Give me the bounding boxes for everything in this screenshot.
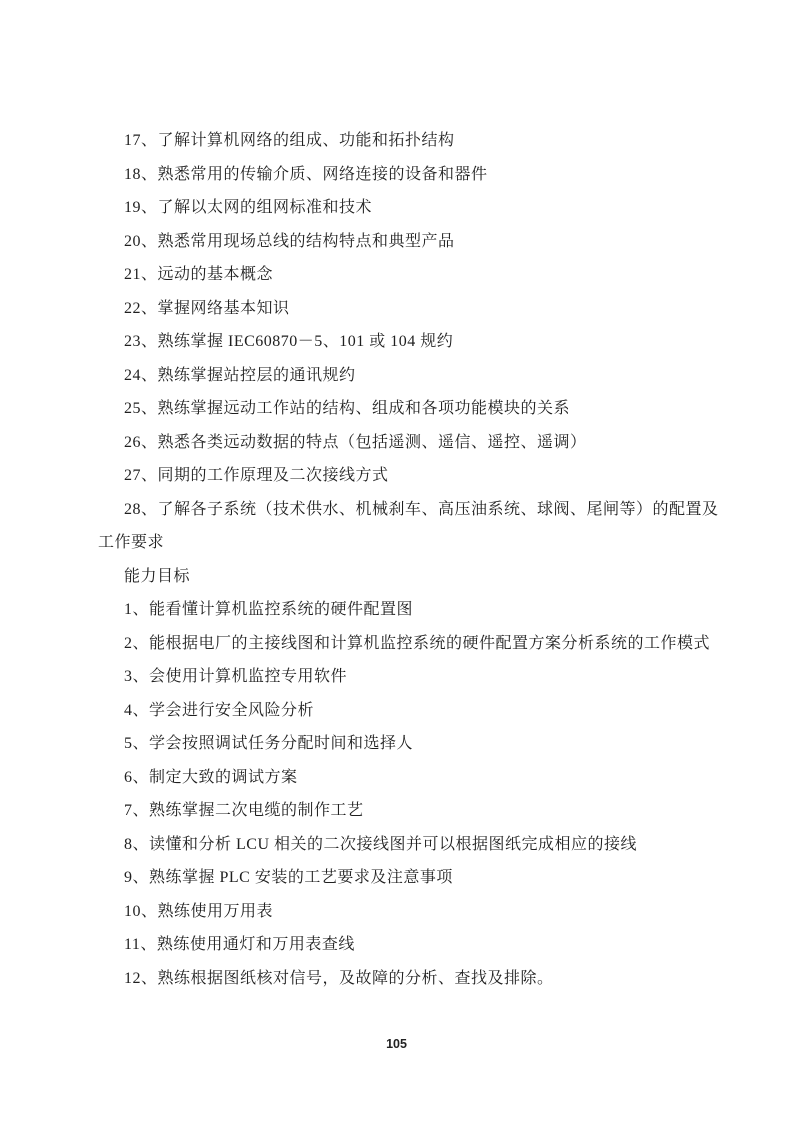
text-line: 1、能看懂计算机监控系统的硬件配置图 [98,593,706,627]
text-line: 27、同期的工作原理及二次接线方式 [98,459,706,493]
text-line: 8、读懂和分析 LCU 相关的二次接线图并可以根据图纸完成相应的接线 [98,828,706,862]
text-line: 7、熟练掌握二次电缆的制作工艺 [98,794,706,828]
text-line: 10、熟练使用万用表 [98,895,706,929]
text-line: 4、学会进行安全风险分析 [98,694,706,728]
text-line: 21、远动的基本概念 [98,258,706,292]
text-line: 11、熟练使用通灯和万用表查线 [98,928,706,962]
text-line: 23、熟练掌握 IEC60870－5、101 或 104 规约 [98,325,706,359]
text-line: 12、熟练根据图纸核对信号，及故障的分析、查找及排除。 [98,962,706,996]
text-line: 22、掌握网络基本知识 [98,292,706,326]
text-line: 26、熟悉各类远动数据的特点（包括遥测、遥信、遥控、遥调） [98,426,706,460]
text-line: 工作要求 [98,526,706,560]
text-line: 能力目标 [98,560,706,594]
text-line: 20、熟悉常用现场总线的结构特点和典型产品 [98,225,706,259]
text-line: 25、熟练掌握远动工作站的结构、组成和各项功能模块的关系 [98,392,706,426]
text-line: 28、了解各子系统（技术供水、机械刹车、高压油系统、球阀、尾闸等）的配置及 [98,493,706,527]
text-line: 2、能根据电厂的主接线图和计算机监控系统的硬件配置方案分析系统的工作模式 [98,627,706,661]
text-line: 5、学会按照调试任务分配时间和选择人 [98,727,706,761]
text-line: 6、制定大致的调试方案 [98,761,706,795]
text-line: 17、了解计算机网络的组成、功能和拓扑结构 [98,124,706,158]
document-page: 17、了解计算机网络的组成、功能和拓扑结构18、熟悉常用的传输介质、网络连接的设… [0,0,793,1122]
text-line: 3、会使用计算机监控专用软件 [98,660,706,694]
page-number: 105 [0,1037,793,1051]
text-line: 9、熟练掌握 PLC 安装的工艺要求及注意事项 [98,861,706,895]
document-body: 17、了解计算机网络的组成、功能和拓扑结构18、熟悉常用的传输介质、网络连接的设… [98,124,706,995]
text-line: 24、熟练掌握站控层的通讯规约 [98,359,706,393]
text-line: 19、了解以太网的组网标准和技术 [98,191,706,225]
text-line: 18、熟悉常用的传输介质、网络连接的设备和器件 [98,158,706,192]
